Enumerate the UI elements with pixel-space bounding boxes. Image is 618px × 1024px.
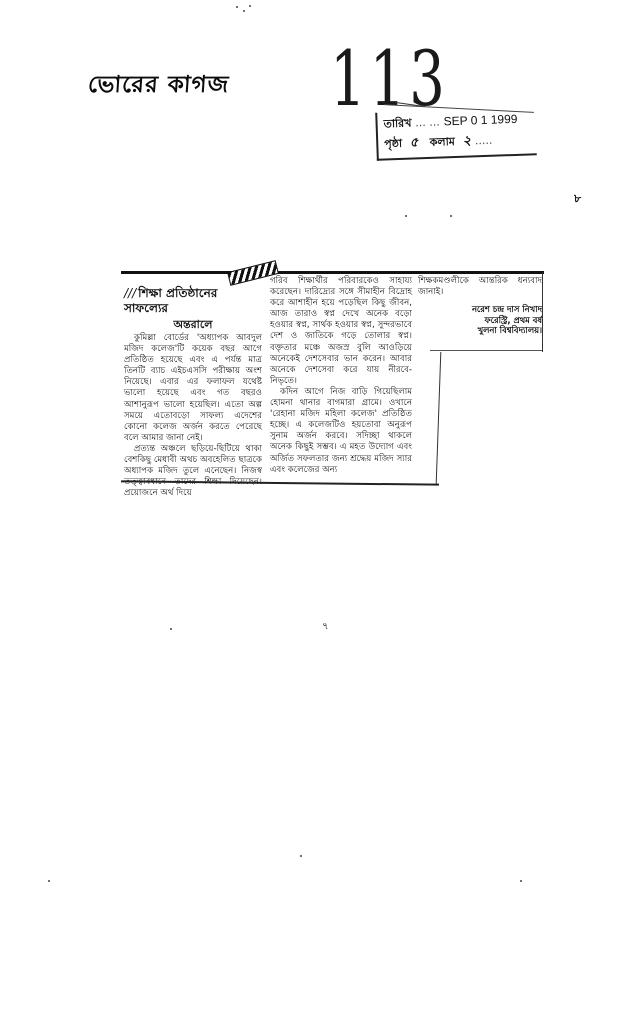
clipping-top-rule bbox=[121, 271, 544, 274]
author-signature: নরেশ চন্দ্র দাস নিখাদ ফরেস্ট্রি, প্রথম ব… bbox=[418, 304, 542, 336]
author-department: ফরেস্ট্রি, প্রথম বর্ষ bbox=[418, 315, 542, 326]
article-paragraph: প্রত্যন্ত অঞ্চলে ছড়িয়ে-ছিটিয়ে থাকা বে… bbox=[124, 444, 262, 499]
stamp-page-row: পৃষ্ঠা ৫ কলাম ২ ..... bbox=[384, 131, 493, 156]
margin-mark-right: ৮ bbox=[574, 190, 581, 209]
headline-text: শিক্ষা প্রতিষ্ঠানের সাফল্যের bbox=[124, 286, 217, 315]
article-headline: ///শিক্ষা প্রতিষ্ঠানের সাফল্যের bbox=[124, 286, 262, 316]
headline-slash-marks: /// bbox=[124, 286, 136, 300]
scan-speck bbox=[243, 10, 245, 12]
date-stamp: তারিখ ... ... SEP 0 1 1999 পৃষ্ঠা ৫ কলাম… bbox=[375, 107, 537, 161]
scan-speck bbox=[520, 880, 522, 882]
stamp-date-dots: ... ... bbox=[415, 116, 440, 130]
margin-mark-center: ৭ bbox=[322, 619, 329, 636]
scan-speck bbox=[236, 6, 238, 8]
stamp-column-value: ২ bbox=[462, 133, 471, 148]
scan-speck bbox=[450, 215, 452, 217]
article-paragraph: শিক্ষকমণ্ডলীকে আন্তরিক ধন্যবাদ জানাই। bbox=[418, 276, 542, 298]
article-paragraph: কুমিল্লা বোর্ডের 'অধ্যাপক আবদুল মজিদ কলে… bbox=[124, 333, 262, 444]
clipping-signature-rule bbox=[430, 350, 542, 351]
article-column-3: শিক্ষকমণ্ডলীকে আন্তরিক ধন্যবাদ জানাই। নর… bbox=[418, 276, 542, 336]
article-paragraph: গরিব শিক্ষার্থীর পরিবারকেও সাহায্য করেছে… bbox=[270, 276, 412, 387]
scan-speck bbox=[300, 855, 302, 857]
scan-speck bbox=[249, 5, 251, 7]
article-column-1: ///শিক্ষা প্রতিষ্ঠানের সাফল্যের অন্তরালে… bbox=[124, 286, 262, 499]
clipping-right-edge bbox=[542, 272, 543, 352]
stamp-date-value: SEP 0 1 1999 bbox=[443, 112, 517, 129]
scan-speck bbox=[405, 215, 407, 217]
stamp-date-label: তারিখ bbox=[383, 117, 411, 131]
scan-speck bbox=[170, 628, 172, 630]
article-column-2: গরিব শিক্ষার্থীর পরিবারকেও সাহায্য করেছে… bbox=[270, 276, 412, 476]
article-subhead: অন্তরালে bbox=[124, 318, 262, 332]
stamp-column-label: কলাম bbox=[429, 135, 455, 149]
author-university: খুলনা বিশ্ববিদ্যালয়। bbox=[418, 325, 542, 336]
clipping-cut-edge bbox=[436, 352, 442, 484]
stamp-page-label: পৃষ্ঠা bbox=[384, 137, 402, 151]
stamp-page-value: ৫ bbox=[410, 135, 419, 150]
stamp-trail-dots: ..... bbox=[475, 134, 493, 148]
scan-speck bbox=[48, 880, 50, 882]
author-name: নরেশ চন্দ্র দাস নিখাদ bbox=[418, 304, 542, 315]
newspaper-masthead: ভোরের কাগজ bbox=[87, 66, 231, 105]
stamp-date-row: তারিখ ... ... SEP 0 1 1999 bbox=[383, 111, 517, 135]
article-paragraph: কদিন আগে নিজ বাড়ি গিয়েছিলাম হোমনা থানা… bbox=[270, 387, 412, 476]
